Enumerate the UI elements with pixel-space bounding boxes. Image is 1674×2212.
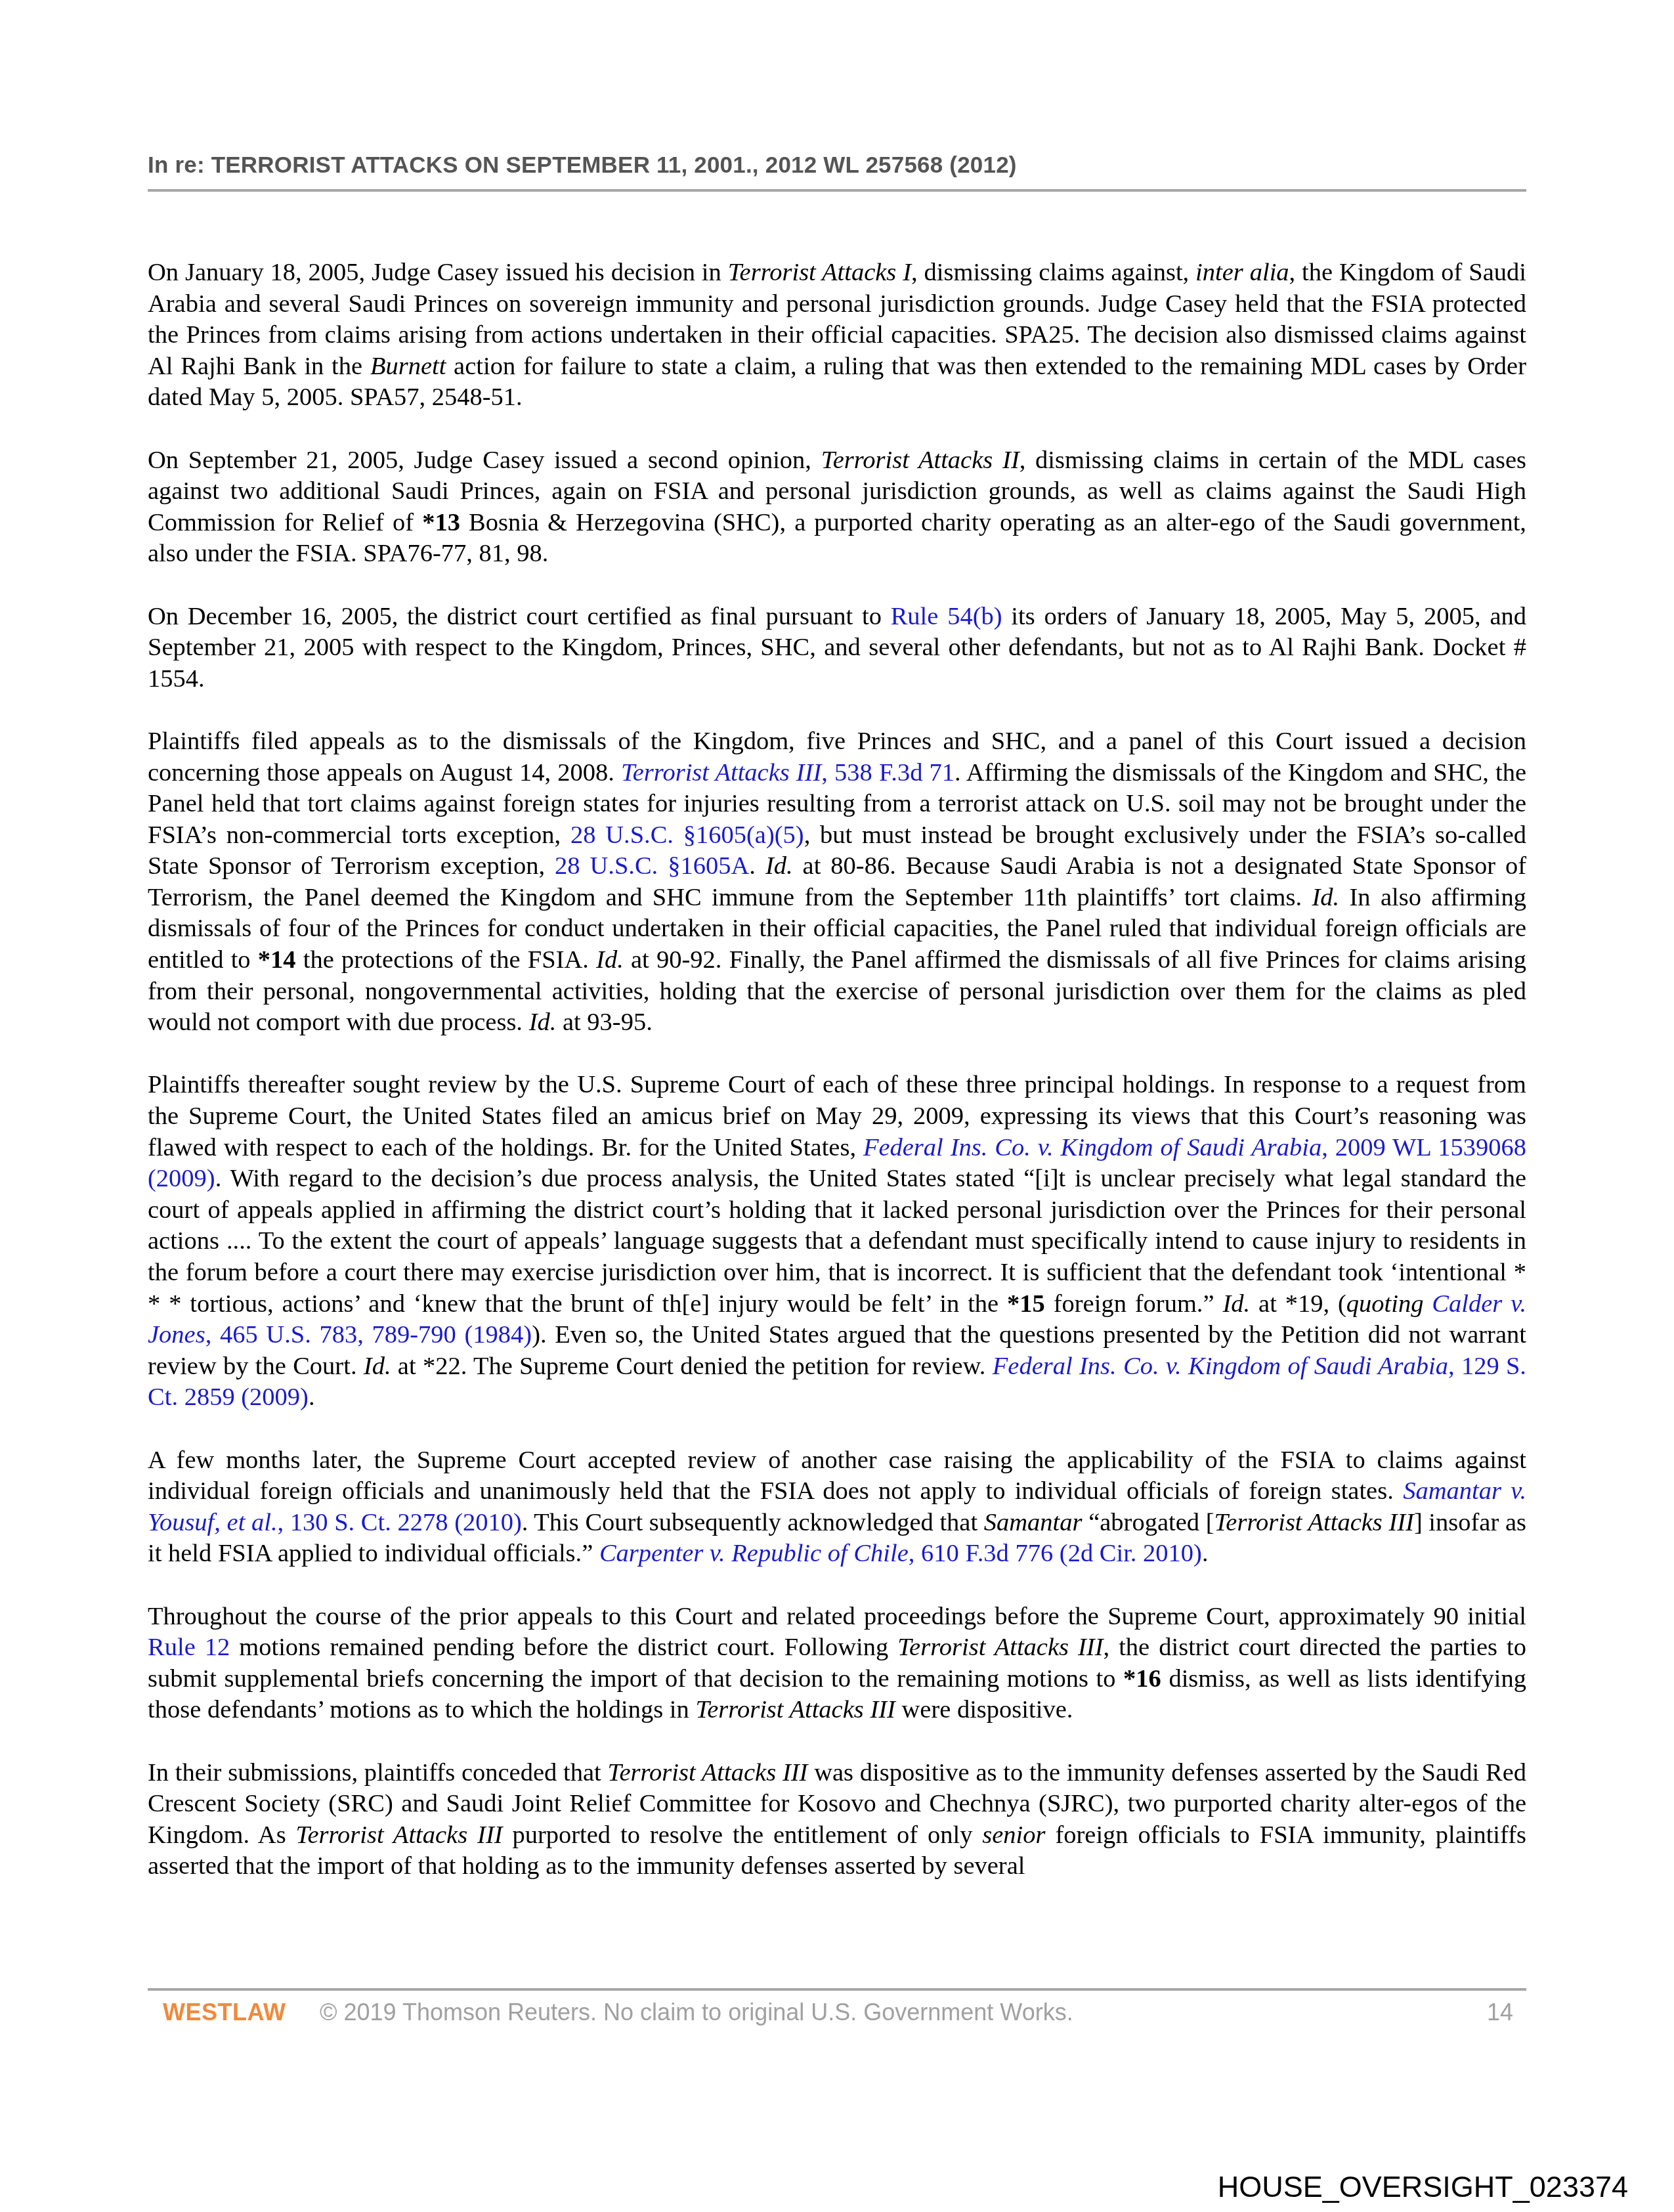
italic-text: Terrorist Attacks I [728, 259, 911, 286]
opinion-body: On January 18, 2005, Judge Casey issued … [148, 257, 1526, 1882]
italic-text: senior [982, 1821, 1045, 1849]
italic-text: Terrorist Attacks III [296, 1821, 503, 1849]
body-text-run: . [309, 1383, 315, 1411]
citation-link[interactable]: Rule 12 [148, 1634, 230, 1661]
body-text-run: . [749, 852, 765, 880]
paragraph: In their submissions, plaintiffs concede… [148, 1758, 1526, 1882]
star-page-marker: *14 [258, 946, 296, 974]
italic-text: Id. [1312, 884, 1339, 911]
italic-text: Samantar [984, 1509, 1083, 1536]
star-page-marker: *16 [1123, 1665, 1161, 1693]
body-text-run: foreign forum.” [1045, 1290, 1223, 1318]
citation-link[interactable]: Rule 54(b) [891, 603, 1002, 630]
paragraph: On September 21, 2005, Judge Casey issue… [148, 445, 1526, 570]
bates-stamp: HOUSE_OVERSIGHT_023374 [1218, 2170, 1628, 2204]
italic-text: Id. [1222, 1290, 1250, 1318]
italic-text: Terrorist Attacks III [695, 1696, 895, 1724]
paragraph: On December 16, 2005, the district court… [148, 601, 1526, 695]
case-citation-link[interactable]: Carpenter v. Republic of Chile [599, 1540, 909, 1567]
case-citation-link[interactable]: Federal Ins. Co. v. Kingdom of Saudi Ara… [993, 1353, 1448, 1380]
westlaw-logo: WESTLAW [163, 1999, 286, 2026]
page-number: 14 [1487, 1999, 1513, 2026]
italic-text: inter alia [1195, 259, 1289, 286]
header-divider [148, 189, 1526, 192]
italic-text: Terrorist Attacks II [821, 446, 1019, 474]
body-text-run: A few months later, the Supreme Court ac… [148, 1446, 1526, 1506]
star-page-marker: *13 [422, 509, 460, 536]
body-text-run: “abrogated [ [1083, 1509, 1214, 1536]
page-footer: WESTLAW © 2019 Thomson Reuters. No claim… [148, 1997, 1526, 2030]
body-text-run: were dispositive. [895, 1696, 1073, 1724]
italic-text: Id. [529, 1008, 557, 1036]
paragraph: On January 18, 2005, Judge Casey issued … [148, 257, 1526, 414]
body-text-run: at *19, ( [1250, 1290, 1346, 1318]
body-text-run: . [1202, 1540, 1209, 1567]
italic-text: Terrorist Attacks III [1214, 1509, 1413, 1536]
document-page: In re: TERRORIST ATTACKS ON SEPTEMBER 11… [0, 0, 1674, 2212]
citation-link[interactable]: , 538 F.3d 71 [821, 759, 955, 787]
body-text-run: . This Court subsequently acknowledged t… [522, 1509, 984, 1536]
paragraph: Throughout the course of the prior appea… [148, 1601, 1526, 1726]
italic-text: Terrorist Attacks III [897, 1634, 1103, 1661]
body-text-run: Throughout the course of the prior appea… [148, 1603, 1526, 1630]
body-text-run: In their submissions, plaintiffs concede… [148, 1759, 608, 1787]
italic-text: Terrorist Attacks III [608, 1759, 808, 1787]
running-header: In re: TERRORIST ATTACKS ON SEPTEMBER 11… [148, 152, 1526, 179]
body-text-run: purported to resolve the entitlement of … [503, 1821, 983, 1849]
body-text-run [1423, 1290, 1432, 1318]
copyright-notice: © 2019 Thomson Reuters. No claim to orig… [320, 1999, 1073, 2026]
case-citation-link[interactable]: Terrorist Attacks III [621, 759, 821, 787]
italic-text: Id. [364, 1353, 391, 1380]
body-text-run: the protections of the FSIA. [296, 946, 597, 974]
case-citation-link[interactable]: Federal Ins. Co. v. Kingdom of Saudi Ara… [863, 1134, 1321, 1161]
body-text-run: motions remained pending before the dist… [230, 1634, 897, 1661]
citation-link[interactable]: , 130 S. Ct. 2278 (2010) [278, 1509, 522, 1536]
italic-text: Burnett [370, 353, 446, 380]
italic-text: Id. [765, 852, 793, 880]
italic-text: quoting [1346, 1290, 1424, 1318]
citation-link[interactable]: , 465 U.S. 783, 789-790 (1984) [205, 1321, 532, 1349]
body-text-run: at 93-95. [556, 1008, 652, 1036]
citation-link[interactable]: , 610 F.3d 776 (2d Cir. 2010) [909, 1540, 1202, 1567]
paragraph: A few months later, the Supreme Court ac… [148, 1445, 1526, 1570]
citation-link[interactable]: 28 U.S.C. §1605A [555, 852, 749, 880]
body-text-run: at *22. The Supreme Court denied the pet… [391, 1353, 993, 1380]
paragraph: Plaintiffs thereafter sought review by t… [148, 1070, 1526, 1414]
body-text-run: , dismissing claims against, [911, 259, 1195, 286]
body-text-run: On December 16, 2005, the district court… [148, 603, 891, 630]
body-text-run: On September 21, 2005, Judge Casey issue… [148, 446, 821, 474]
citation-link[interactable]: 28 U.S.C. §1605(a)(5) [570, 821, 804, 849]
italic-text: Id. [596, 946, 624, 974]
paragraph: Plaintiffs filed appeals as to the dismi… [148, 726, 1526, 1039]
body-text-run: On January 18, 2005, Judge Casey issued … [148, 259, 728, 286]
footer-divider [148, 1988, 1526, 1991]
star-page-marker: *15 [1007, 1290, 1045, 1318]
